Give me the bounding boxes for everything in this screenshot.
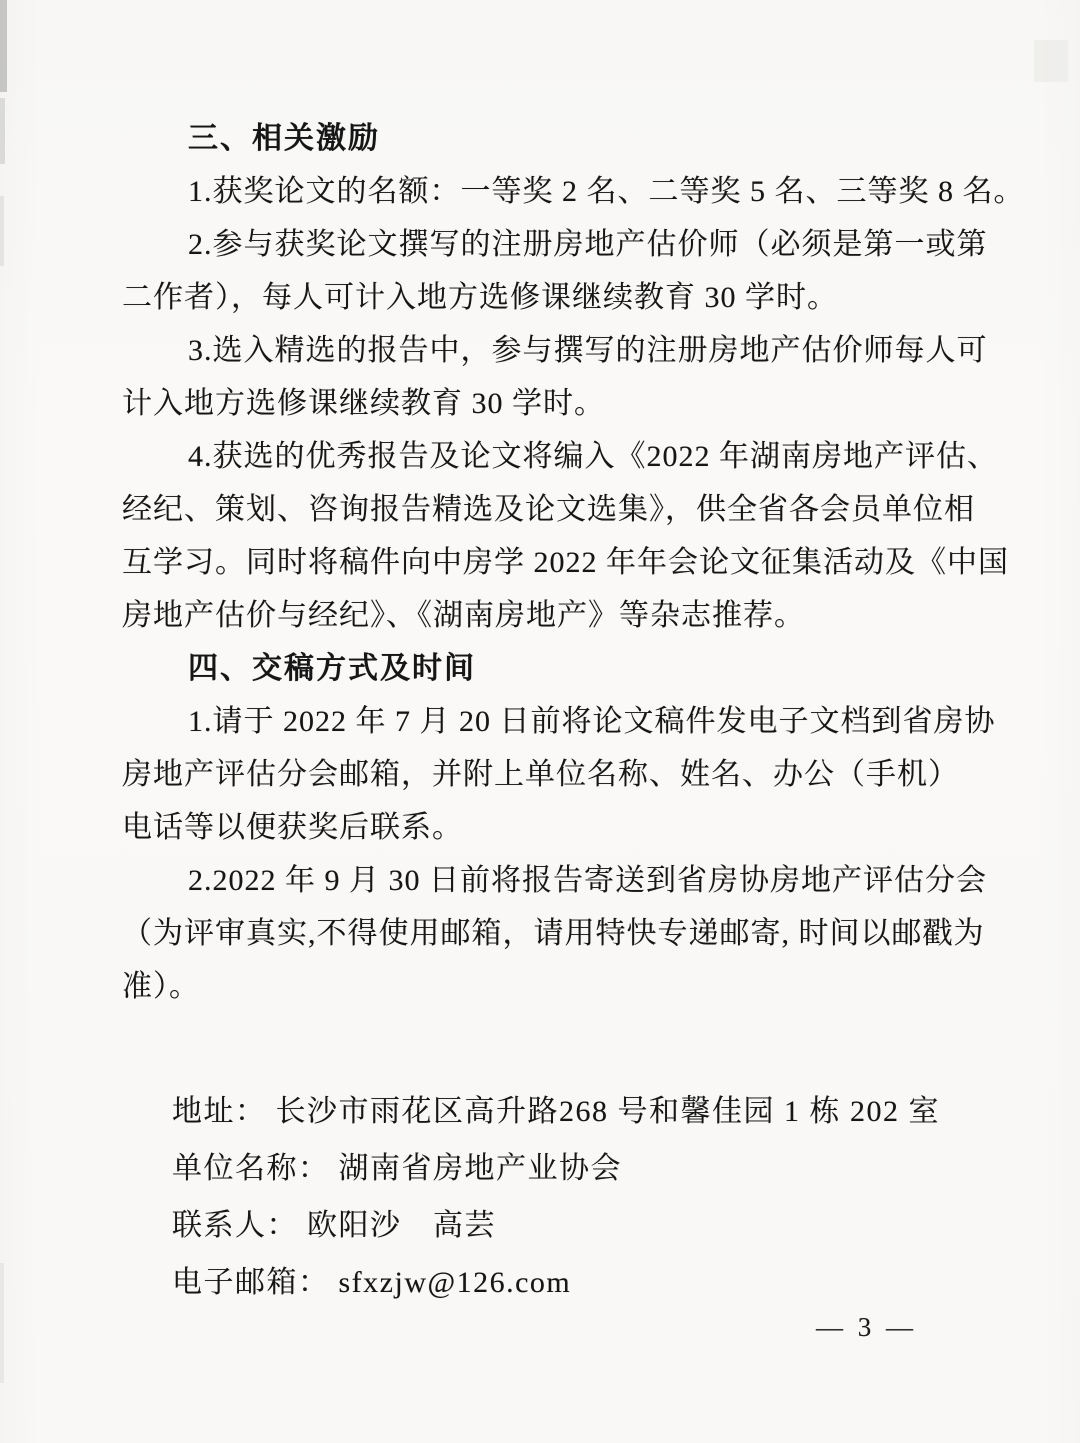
document-line: 3.选入精选的报告中，参与撰写的注册房地产估价师每人可	[122, 324, 960, 377]
scan-artifact	[0, 1263, 4, 1383]
scan-artifact	[0, 196, 4, 266]
contact-block: 地址： 长沙市雨花区高升路268 号和馨佳园 1 栋 202 室 单位名称： 湖…	[122, 1083, 960, 1311]
page-number: — 3 —	[816, 1312, 917, 1343]
document-line: 经纪、策划、咨询报告精选及论文选集》，供全省各会员单位相	[122, 483, 960, 536]
scan-artifact	[0, 98, 5, 164]
scanned-document-page: 三、相关激励 1.获奖论文的名额：一等奖 2 名、二等奖 5 名、三等奖 8 名…	[0, 0, 1080, 1443]
document-line: 2.参与获奖论文撰写的注册房地产估价师（必须是第一或第	[122, 218, 960, 271]
document-line: 电话等以便获奖后联系。	[122, 801, 960, 854]
document-line: 2.2022 年 9 月 30 日前将报告寄送到省房协房地产评估分会	[122, 854, 960, 907]
document-line: （为评审真实,不得使用邮箱，请用特快专递邮寄, 时间以邮戳为	[122, 907, 960, 960]
document-line: 房地产估价与经纪》、《湖南房地产》等杂志推荐。	[122, 589, 960, 642]
document-line: 房地产评估分会邮箱，并附上单位名称、姓名、办公（手机）	[122, 748, 960, 801]
document-line: 互学习。同时将稿件向中房学 2022 年年会论文征集活动及《中国	[122, 536, 960, 589]
document-line: 计入地方选修课继续教育 30 学时。	[122, 377, 960, 430]
section-heading-3: 三、相关激励	[122, 112, 960, 165]
document-line: 1.获奖论文的名额：一等奖 2 名、二等奖 5 名、三等奖 8 名。	[122, 165, 960, 218]
document-line: 二作者），每人可计入地方选修课继续教育 30 学时。	[122, 271, 960, 324]
document-line: 4.获选的优秀报告及论文将编入《2022 年湖南房地产评估、	[122, 430, 960, 483]
contact-email: 电子邮箱： sfxzjw@126.com	[172, 1254, 960, 1311]
contact-person: 联系人： 欧阳沙 高芸	[172, 1197, 960, 1254]
document-line: 准）。	[122, 960, 960, 1013]
document-body: 三、相关激励 1.获奖论文的名额：一等奖 2 名、二等奖 5 名、三等奖 8 名…	[122, 112, 960, 1311]
scan-artifact	[0, 0, 7, 92]
contact-address: 地址： 长沙市雨花区高升路268 号和馨佳园 1 栋 202 室	[172, 1083, 960, 1140]
document-line: 1.请于 2022 年 7 月 20 日前将论文稿件发电子文档到省房协	[122, 695, 960, 748]
scan-artifact	[1034, 40, 1068, 82]
contact-unit-name: 单位名称： 湖南省房地产业协会	[172, 1140, 960, 1197]
section-heading-4: 四、交稿方式及时间	[122, 642, 960, 695]
